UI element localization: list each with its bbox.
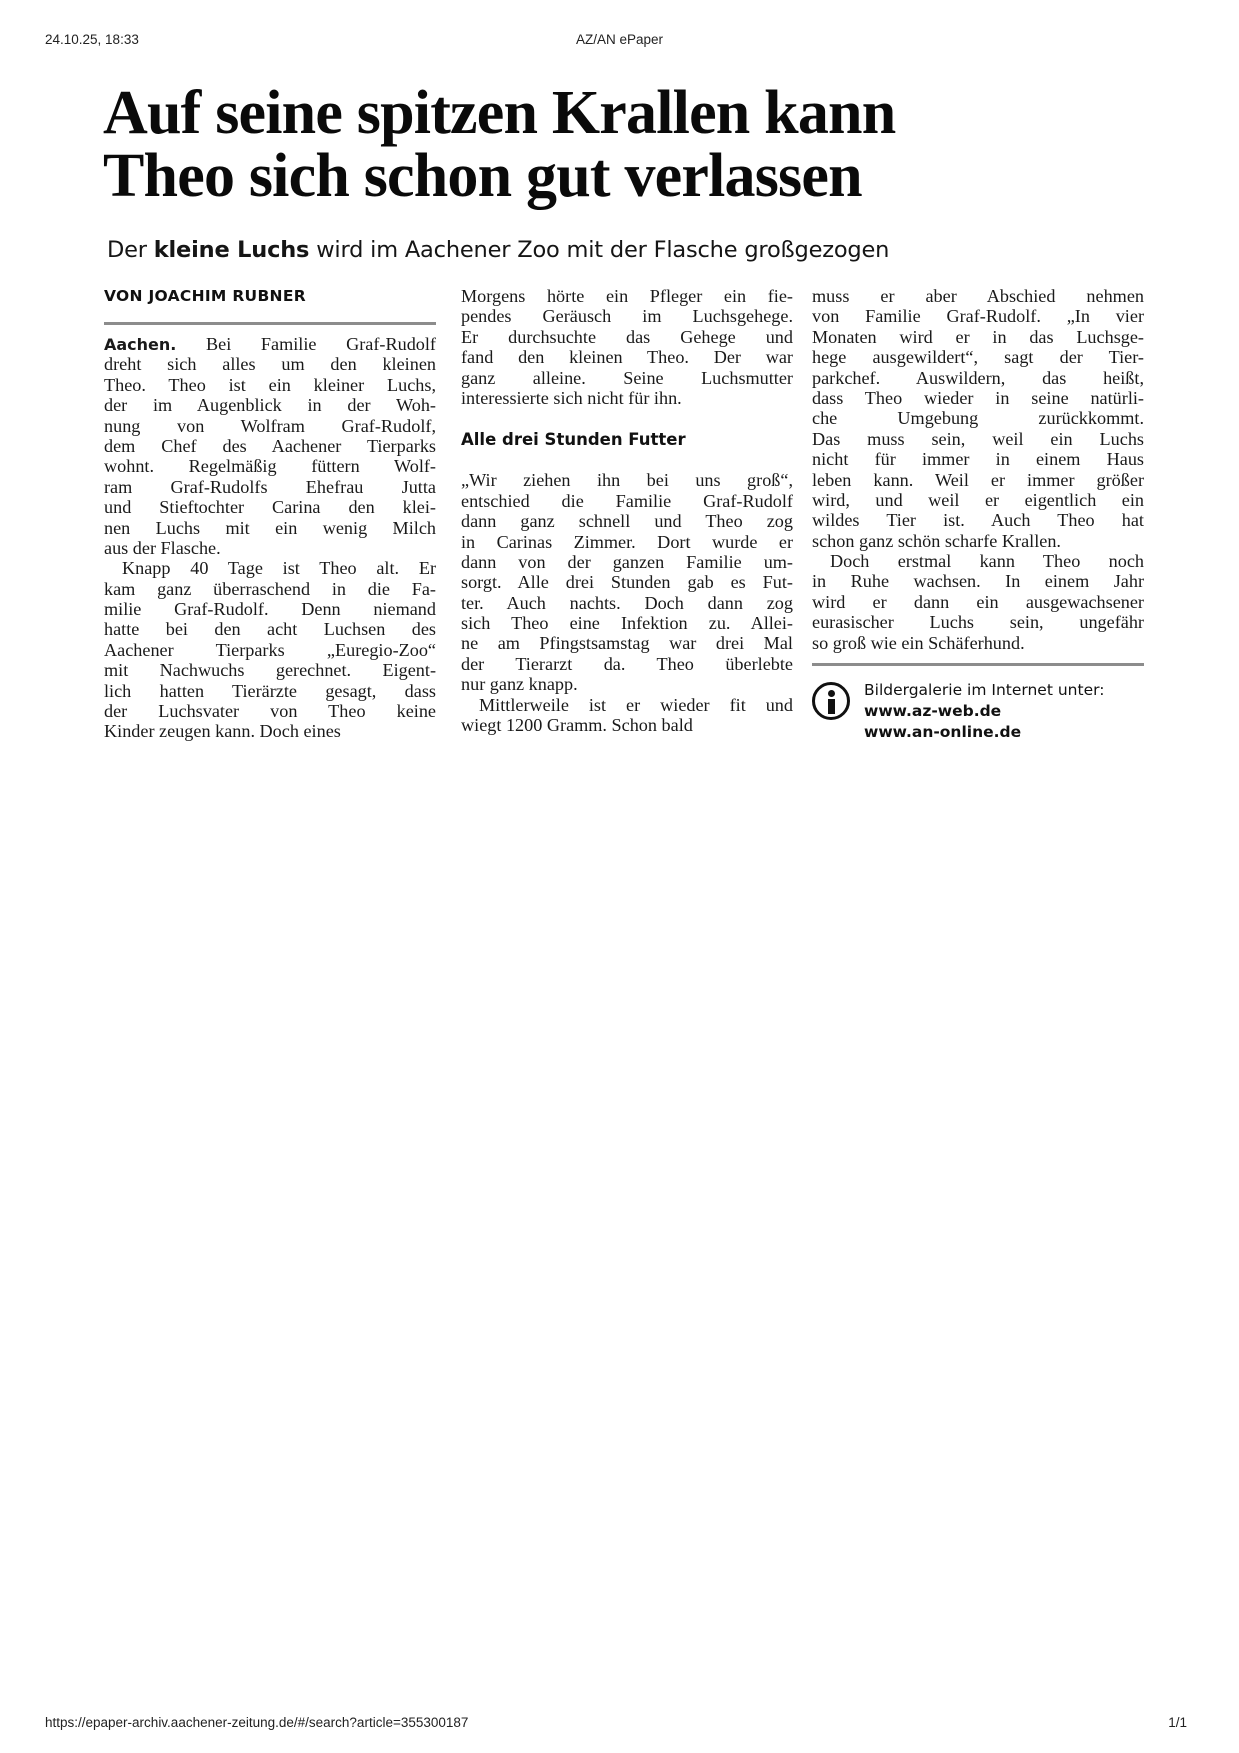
text-line: Mittlerweile ist er wieder fit und [461, 695, 793, 715]
dateline: Aachen. [104, 335, 176, 354]
text-line: wird, und weil er eigentlich ein [812, 490, 1144, 510]
paragraph: „Wir ziehen ihn bei uns groß“,entschied … [461, 470, 793, 694]
article-column-3: muss er aber Abschied nehmenvon Familie … [812, 286, 1144, 750]
text-line: eurasischer Luchs sein, ungefähr [812, 612, 1144, 632]
print-title: AZ/AN ePaper [0, 32, 1239, 47]
text-line: der im Augenblick in der Woh- [104, 395, 436, 415]
text-line: che Umgebung zurückkommt. [812, 408, 1144, 428]
article-headline: Auf seine spitzen Krallen kann Theo sich… [103, 82, 1103, 208]
text-line: nen Luchs mit ein wenig Milch [104, 518, 436, 538]
text-line: Er durchsuchte das Gehege und [461, 327, 793, 347]
text-line: wohnt. Regelmäßig füttern Wolf- [104, 456, 436, 476]
link-an-online[interactable]: www.an-online.de [864, 722, 1104, 743]
text-line: Monaten wird er in das Luchsge- [812, 327, 1144, 347]
text-line: Das muss sein, weil ein Luchs [812, 429, 1144, 449]
subheadline-pre: Der [107, 237, 154, 263]
headline-line-1: Auf seine spitzen Krallen kann [103, 82, 1103, 145]
text-line: ter. Auch nachts. Doch dann zog [461, 593, 793, 613]
subheadline-post: wird im Aachener Zoo mit der Flasche gro… [309, 237, 889, 263]
gallery-info-box: Bildergalerie im Internet unter: www.az-… [812, 680, 1144, 750]
text-line: der Luchsvater von Theo keine [104, 701, 436, 721]
gallery-label: Bildergalerie im Internet unter: [864, 681, 1104, 699]
text-line: parkchef. Auswildern, das heißt, [812, 368, 1144, 388]
text-line: sorgt. Alle drei Stunden gab es Fut- [461, 572, 793, 592]
paragraph: Mittlerweile ist er wieder fit undwiegt … [461, 695, 793, 736]
text-line: in Ruhe wachsen. In einem Jahr [812, 571, 1144, 591]
text-line: Knapp 40 Tage ist Theo alt. Er [104, 558, 436, 578]
info-icon [812, 682, 850, 720]
text-line: dem Chef des Aachener Tierparks [104, 436, 436, 456]
paragraph: Knapp 40 Tage ist Theo alt. Erkam ganz ü… [104, 558, 436, 742]
text-line: kam ganz überraschend in die Fa- [104, 579, 436, 599]
text-line: Morgens hörte ein Pfleger ein fie- [461, 286, 793, 306]
text-line: Aachener Tierparks „Euregio-Zoo“ [104, 640, 436, 660]
text-line: schon ganz schön scharfe Krallen. [812, 531, 1144, 551]
text-line: der Tierarzt da. Theo überlebte [461, 654, 793, 674]
print-page-number: 1/1 [1168, 1715, 1187, 1730]
text-line: hatte bei den acht Luchsen des [104, 619, 436, 639]
text-line: muss er aber Abschied nehmen [812, 286, 1144, 306]
text-line: ne am Pfingstsamstag war drei Mal [461, 633, 793, 653]
text-line: wird er dann ein ausgewachsener [812, 592, 1144, 612]
text-line: Theo. Theo ist ein kleiner Luchs, [104, 375, 436, 395]
info-divider [812, 663, 1144, 666]
text-line: so groß wie ein Schäferhund. [812, 633, 1144, 653]
gallery-info-text: Bildergalerie im Internet unter: www.az-… [864, 680, 1104, 743]
text-line: nur ganz knapp. [461, 674, 793, 694]
subheadline-bold: kleine Luchs [154, 237, 309, 263]
text-line: Kinder zeugen kann. Doch eines [104, 721, 436, 741]
text-line: sich Theo eine Infektion zu. Allei- [461, 613, 793, 633]
text-line: ram Graf-Rudolfs Ehefrau Jutta [104, 477, 436, 497]
text-line: interessierte sich nicht für ihn. [461, 388, 793, 408]
text-line: ganz alleine. Seine Luchsmutter [461, 368, 793, 388]
text-line: fand den kleinen Theo. Der war [461, 347, 793, 367]
text-line: in Carinas Zimmer. Dort wurde er [461, 532, 793, 552]
text-line: lich hatten Tierärzte gesagt, dass [104, 681, 436, 701]
text-line: leben kann. Weil er immer größer [812, 470, 1144, 490]
paragraph: Doch erstmal kann Theo nochin Ruhe wachs… [812, 551, 1144, 653]
text-line: aus der Flasche. [104, 538, 436, 558]
text-line: dann ganz schnell und Theo zog [461, 511, 793, 531]
paragraph: Morgens hörte ein Pfleger ein fie-pendes… [461, 286, 793, 408]
text-line: Aachen. Bei Familie Graf-Rudolf [104, 334, 436, 354]
paragraph: muss er aber Abschied nehmenvon Familie … [812, 286, 1144, 551]
text-line: milie Graf-Rudolf. Denn niemand [104, 599, 436, 619]
byline-divider [104, 322, 436, 325]
headline-line-2: Theo sich schon gut verlassen [103, 145, 1103, 208]
text-line: dass Theo wieder in seine natürli- [812, 388, 1144, 408]
text-line: wildes Tier ist. Auch Theo hat [812, 510, 1144, 530]
text-line: dann von der ganzen Familie um- [461, 552, 793, 572]
text-line: entschied die Familie Graf-Rudolf [461, 491, 793, 511]
article-subheadline: Der kleine Luchs wird im Aachener Zoo mi… [107, 237, 1107, 263]
print-footer-url: https://epaper-archiv.aachener-zeitung.d… [45, 1715, 468, 1730]
text-line: pendes Geräusch im Luchsgehege. [461, 306, 793, 326]
text-line: wiegt 1200 Gramm. Schon bald [461, 715, 793, 735]
article-column-1: VON JOACHIM RUBNER Aachen. Bei Familie G… [104, 286, 436, 742]
text-line: von Familie Graf-Rudolf. „In vier [812, 306, 1144, 326]
section-subheading: Alle drei Stunden Futter [461, 430, 793, 450]
text-line: mit Nachwuchs gerechnet. Eigent- [104, 660, 436, 680]
link-az-web[interactable]: www.az-web.de [864, 701, 1104, 722]
text-line: dreht sich alles um den kleinen [104, 354, 436, 374]
text-line: nicht für immer in einem Haus [812, 449, 1144, 469]
byline: VON JOACHIM RUBNER [104, 286, 436, 306]
text-line: nung von Wolfram Graf-Rudolf, [104, 416, 436, 436]
paragraph: Aachen. Bei Familie Graf-Rudolfdreht sic… [104, 334, 436, 558]
text-line: „Wir ziehen ihn bei uns groß“, [461, 470, 793, 490]
text-line: Doch erstmal kann Theo noch [812, 551, 1144, 571]
text-line: und Stieftochter Carina den klei- [104, 497, 436, 517]
text-line: hege ausgewildert“, sagt der Tier- [812, 347, 1144, 367]
article-column-2: Morgens hörte ein Pfleger ein fie-pendes… [461, 286, 793, 735]
